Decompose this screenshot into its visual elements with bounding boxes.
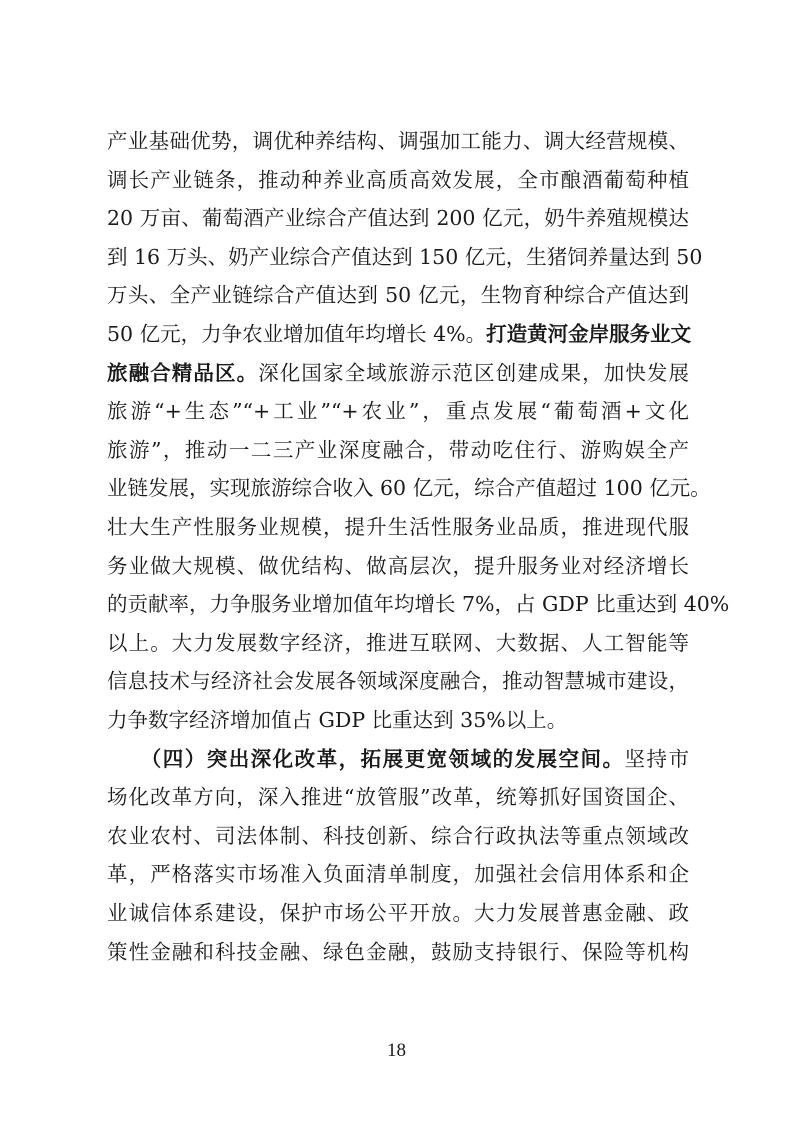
- paragraph-text: 旅游“+生态”“+工业”“+农业”，重点发展“葡萄酒+文化: [107, 399, 689, 423]
- paragraph-text: 信息技术与经济社会发展各领域深度融合，推动智慧城市建设，: [107, 669, 689, 693]
- document-page: 产业基础优势，调优种养结构、调强加工能力、调大经营规模、调长产业链条，推动种养业…: [0, 0, 793, 1122]
- paragraph-text: 的贡献率，力争服务业增加值年均增长 7%，占 GDP 比重达到 40%: [107, 592, 729, 616]
- paragraph-text: 深化国家全域旅游示范区创建成果，加快发展: [258, 361, 689, 385]
- page-number: 18: [0, 1040, 793, 1062]
- text-line: 壮大生产性服务业规模，提升生活性服务业品质，推进现代服: [107, 512, 689, 542]
- text-line: 业链发展，实现旅游综合收入 60 亿元，综合产值超过 100 亿元。: [107, 473, 689, 503]
- paragraph-text: 务业做大规模、做优结构、做高层次，提升服务业对经济增长: [107, 554, 689, 578]
- text-line: 50 亿元，力争农业增加值年均增长 4%。打造黄河金岸服务业文: [107, 319, 689, 349]
- paragraph-text: 到 16 万头、奶产业综合产值达到 150 亿元，生猪饲养量达到 50: [107, 245, 702, 269]
- text-line: 力争数字经济增加值占 GDP 比重达到 35%以上。: [107, 705, 689, 735]
- text-line: 旅融合精品区。深化国家全域旅游示范区创建成果，加快发展: [107, 358, 689, 388]
- text-line: 革，严格落实市场准入负面清单制度，加强社会信用体系和企: [107, 859, 689, 889]
- bold-heading-text: （四）突出深化改革，拓展更宽领域的发展空间。: [107, 747, 625, 771]
- text-line: 旅游“+生态”“+工业”“+农业”，重点发展“葡萄酒+文化: [107, 396, 689, 426]
- text-line: 万头、全产业链综合产值达到 50 亿元，生物育种综合产值达到: [107, 280, 689, 310]
- text-line: 场化改革方向，深入推进“放管服”改革，统筹抓好国资国企、: [107, 782, 689, 812]
- text-line: 业诚信体系建设，保护市场公平开放。大力发展普惠金融、政: [107, 898, 689, 928]
- text-line: 务业做大规模、做优结构、做高层次，提升服务业对经济增长: [107, 551, 689, 581]
- text-line: 信息技术与经济社会发展各领域深度融合，推动智慧城市建设，: [107, 666, 689, 696]
- text-line: 旅游”，推动一二三产业深度融合，带动吃住行、游购娱全产: [107, 435, 689, 465]
- paragraph-text: 调长产业链条，推动种养业高质高效发展，全市酿酒葡萄种植: [107, 168, 689, 192]
- paragraph-text: 坚持市: [625, 747, 689, 771]
- paragraph-text: 业链发展，实现旅游综合收入 60 亿元，综合产值超过 100 亿元。: [107, 476, 711, 500]
- text-line: 20 万亩、葡萄酒产业综合产值达到 200 亿元，奶牛养殖规模达: [107, 203, 689, 233]
- paragraph-text: 策性金融和科技金融、绿色金融，鼓励支持银行、保险等机构: [107, 940, 689, 964]
- paragraph-text: 旅游”，推动一二三产业深度融合，带动吃住行、游购娱全产: [107, 438, 689, 462]
- paragraph-text: 20 万亩、葡萄酒产业综合产值达到 200 亿元，奶牛养殖规模达: [107, 206, 689, 230]
- paragraph-text: 革，严格落实市场准入负面清单制度，加强社会信用体系和企: [107, 862, 689, 886]
- paragraph-text: 力争数字经济增加值占 GDP 比重达到 35%以上。: [107, 708, 567, 732]
- text-line: （四）突出深化改革，拓展更宽领域的发展空间。坚持市: [107, 744, 689, 774]
- text-line: 到 16 万头、奶产业综合产值达到 150 亿元，生猪饲养量达到 50: [107, 242, 689, 272]
- paragraph-text: 农业农村、司法体制、科技创新、综合行政执法等重点领域改: [107, 824, 689, 848]
- text-line: 调长产业链条，推动种养业高质高效发展，全市酿酒葡萄种植: [107, 165, 689, 195]
- paragraph-text: 业诚信体系建设，保护市场公平开放。大力发展普惠金融、政: [107, 901, 689, 925]
- text-line: 农业农村、司法体制、科技创新、综合行政执法等重点领域改: [107, 821, 689, 851]
- paragraph-text: 产业基础优势，调优种养结构、调强加工能力、调大经营规模、: [107, 129, 689, 153]
- bold-heading-text: 旅融合精品区。: [107, 361, 258, 385]
- paragraph-text: 50 亿元，力争农业增加值年均增长 4%。: [107, 322, 486, 346]
- text-line: 产业基础优势，调优种养结构、调强加工能力、调大经营规模、: [107, 126, 689, 156]
- paragraph-text: 壮大生产性服务业规模，提升生活性服务业品质，推进现代服: [107, 515, 689, 539]
- text-line: 以上。大力发展数字经济，推进互联网、大数据、人工智能等: [107, 628, 689, 658]
- paragraph-text: 以上。大力发展数字经济，推进互联网、大数据、人工智能等: [107, 631, 689, 655]
- paragraph-text: 万头、全产业链综合产值达到 50 亿元，生物育种综合产值达到: [107, 283, 689, 307]
- text-line: 策性金融和科技金融、绿色金融，鼓励支持银行、保险等机构: [107, 937, 689, 967]
- text-line: 的贡献率，力争服务业增加值年均增长 7%，占 GDP 比重达到 40%: [107, 589, 689, 619]
- paragraph-text: 场化改革方向，深入推进“放管服”改革，统筹抓好国资国企、: [107, 785, 689, 809]
- bold-heading-text: 打造黄河金岸服务业文: [486, 322, 691, 346]
